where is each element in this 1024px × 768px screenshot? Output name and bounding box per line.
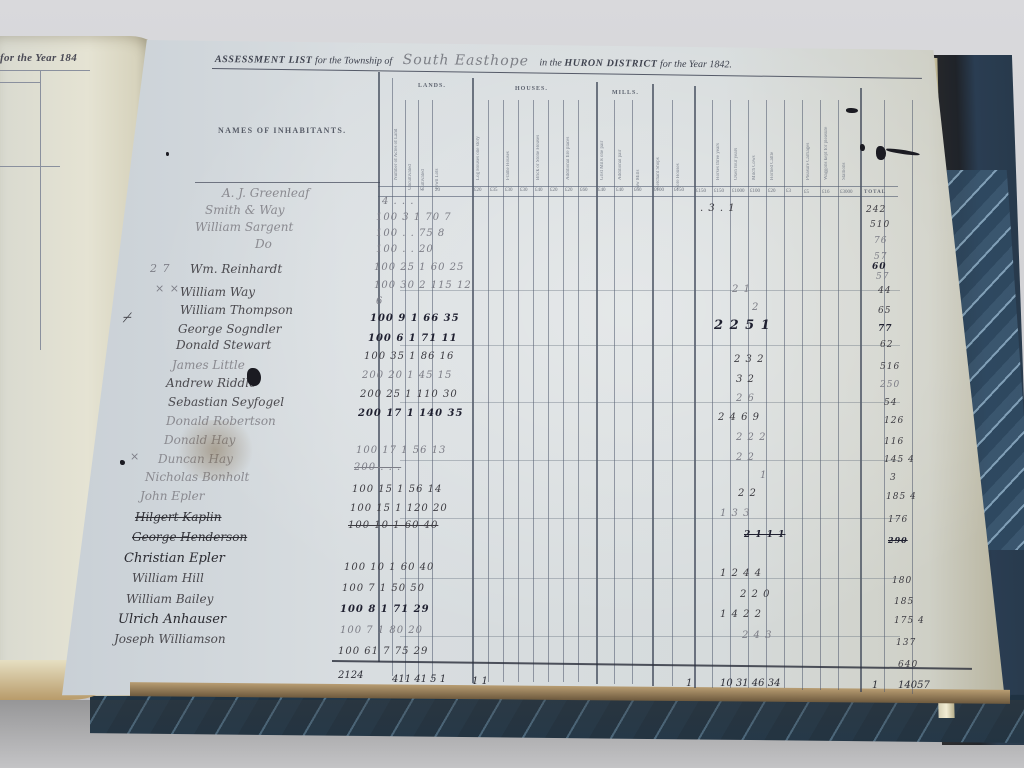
ink-blot (166, 152, 169, 156)
rate-cell: £150 (696, 189, 706, 194)
grid-line (652, 84, 654, 686)
grid-line (563, 100, 564, 682)
group-label-mills: MILLS. (612, 90, 639, 96)
assessed-value: 510 (870, 220, 890, 230)
township-name-handwritten: South Easthope (403, 52, 529, 69)
land-entry: 100 9 1 66 35 (370, 313, 460, 324)
column-heading: Uncultivated (408, 110, 413, 190)
rate-cell: £20 (550, 188, 558, 193)
land-entry: 200 17 1 140 35 (358, 408, 463, 419)
rate-cell: £35 (490, 188, 498, 193)
stock-entry: 3 2 (736, 374, 755, 385)
ink-blot (120, 460, 125, 465)
title-in-the: in the (539, 57, 562, 68)
left-page-rule (0, 166, 60, 167)
title-year: for the Year 1842. (660, 59, 732, 71)
rate-cell: £60 (580, 188, 588, 193)
inhabitant-name-struck: George Henderson (132, 530, 247, 544)
assessed-value: 57 (874, 252, 887, 262)
ink-blot (846, 108, 858, 113)
row-rule (400, 636, 900, 637)
rate-cell: £100 (750, 189, 760, 194)
grid-line (860, 88, 862, 692)
total-stock: 10 31 46 34 (720, 678, 780, 689)
stock-entry: 2 4 3 (742, 630, 772, 641)
grid-line (884, 100, 885, 692)
column-heading: Oxen four years (734, 100, 739, 180)
land-entry: 100 3 1 70 7 (376, 212, 452, 223)
rate-cell: £30 (505, 188, 513, 193)
grid-line (672, 100, 673, 686)
stock-entry: 2 (752, 302, 759, 313)
assessed-value: 640 (898, 660, 918, 670)
total-land: 2124 (338, 670, 363, 681)
column-heading: Store Houses (676, 110, 681, 190)
inhabitant-name-struck: Hilgert Kaplin (135, 510, 222, 524)
rate-cell: £5 (804, 190, 809, 195)
rate-cell: £150 (714, 189, 724, 194)
grid-line (596, 82, 598, 684)
stock-entry: 2 2 (738, 488, 757, 499)
inhabitant-name: A. J. Greenleaf (222, 186, 310, 200)
rate-cell: £40 (535, 188, 543, 193)
grid-line (802, 100, 803, 690)
column-heading: Cultivated (421, 110, 426, 190)
ledger-photo: for the Year 184 ASSESSMENT LIST for the… (0, 0, 1024, 768)
grid-line (518, 100, 519, 682)
land-entry-struck: 200 . . . (354, 462, 401, 473)
row-rule (400, 460, 900, 461)
names-header-rule (195, 182, 380, 183)
row-rule (400, 402, 900, 403)
grid-line (503, 100, 504, 682)
grid-line (838, 100, 839, 690)
rate-cell: £150 (674, 188, 684, 193)
assessed-value: 185 4 (886, 492, 917, 502)
column-heading: Saw Mills (636, 110, 641, 190)
row-rule (400, 518, 900, 519)
rate-cell: £20 (768, 189, 776, 194)
group-label-houses: HOUSES. (515, 86, 548, 92)
inhabitant-name: Joseph Williamson (114, 632, 226, 646)
land-entry: 100 10 1 60 40 (344, 562, 434, 573)
inhabitant-name: Christian Epler (124, 551, 225, 566)
total-stock-1: 1 (686, 678, 692, 689)
row-rule (400, 578, 900, 579)
grid-line (694, 86, 696, 688)
grid-line (488, 100, 489, 682)
land-entry: 100 8 1 71 29 (340, 604, 430, 615)
inhabitant-name: William Thompson (180, 303, 293, 317)
rate-cell: £16 (822, 190, 830, 195)
assessed-value: 175 4 (894, 616, 925, 626)
assessed-value: 516 (880, 362, 900, 372)
assessed-value: 57 (876, 272, 889, 282)
rate-cell: £1000 (732, 189, 745, 194)
inhabitant-name: William Hill (132, 571, 204, 585)
grid-line (784, 100, 785, 688)
land-entry: 100 17 1 56 13 (356, 445, 446, 456)
assessed-value: 176 (888, 515, 908, 525)
column-heading: Brick or Stone Houses (536, 100, 541, 180)
land-entry: 100 35 1 86 16 (364, 351, 454, 362)
margin-mark: × × (155, 282, 180, 295)
grid-line (632, 100, 633, 684)
assessed-value: 116 (884, 437, 904, 447)
land-entry: 100 . . 20 (376, 244, 434, 255)
row-rule (400, 290, 900, 291)
column-heading-total: TOTAL (864, 190, 886, 195)
land-entry: 200 20 1 45 15 (362, 370, 452, 381)
total-houses: 1 1 (472, 676, 488, 687)
inhabitant-name: Ulrich Anhauser (118, 612, 226, 627)
stock-entry: 1 (760, 470, 767, 481)
rate-cell: £40 (616, 188, 624, 193)
column-heading: Log Houses one story (476, 100, 481, 180)
land-entry: 100 15 1 120 20 (350, 503, 448, 514)
inhabitant-name: William Sargent (195, 220, 293, 234)
rate-row-rule (378, 196, 898, 197)
assessed-value: 242 (866, 205, 886, 215)
assessed-value: 76 (874, 236, 887, 246)
left-page-rule (0, 82, 40, 83)
assessed-value: 126 (884, 416, 904, 426)
group-label-lands: LANDS. (418, 83, 446, 89)
grid-line (730, 100, 731, 688)
inhabitant-name: Smith & Way (205, 203, 285, 217)
column-heading: Merchant Shops (656, 110, 661, 190)
stock-entry: 2 1 (732, 284, 751, 295)
rate-cell: £50 (634, 188, 642, 193)
land-entry: 100 15 1 56 14 (352, 484, 442, 495)
rate-cell: £3 (786, 189, 791, 194)
stock-entry: 2 2 0 (740, 589, 770, 600)
rate-cell: £20 (474, 188, 482, 193)
land-entry: 100 6 1 71 11 (368, 333, 458, 344)
margin-mark: × (130, 450, 140, 463)
rate-cell: £20 (565, 188, 573, 193)
stock-entry: . 3 . 1 (700, 203, 736, 214)
district-name: HURON DISTRICT (564, 58, 657, 70)
stock-entry: 2 3 2 (734, 354, 764, 365)
grid-line (712, 100, 713, 688)
assessed-value: 250 (880, 380, 900, 390)
rate-cell: £40 (598, 188, 606, 193)
land-entry: 100 7 1 80 20 (340, 625, 423, 636)
column-heading: Milch Cows (752, 100, 757, 180)
land-entry: 100 25 1 60 25 (374, 262, 464, 273)
ink-blot (876, 146, 886, 160)
land-entry-struck: 100 10 1 60 40 (348, 520, 438, 531)
inhabitant-name: Do (255, 237, 272, 251)
inhabitant-name: Donald Stewart (176, 338, 271, 352)
land-entry: 6 (376, 296, 383, 307)
inhabitant-name: Sebastian Seyfogel (168, 395, 284, 409)
title-prefix: ASSESSMENT LIST (215, 54, 313, 66)
grid-line (548, 100, 549, 682)
land-entry: 4 . . . (382, 196, 414, 207)
left-page-rule (0, 70, 90, 71)
grid-line (614, 100, 615, 684)
left-page-header: for the Year 184 (0, 52, 77, 64)
inhabitant-name: James Little (172, 358, 245, 372)
assessed-value: 137 (896, 638, 916, 648)
ink-blot (860, 144, 865, 151)
grand-total: 14057 (898, 680, 930, 691)
land-entry: 100 7 1 50 50 (342, 583, 425, 594)
column-heading: Grist Mills one pair (600, 100, 605, 180)
total-land-columns: 411 41 5 1 (392, 674, 446, 685)
grid-line (578, 100, 579, 682)
margin-mark: ⌿ (122, 310, 131, 326)
stock-entry: 2 2 (736, 452, 755, 463)
row-rule (400, 345, 900, 346)
column-heading: Horned Cattle (770, 100, 775, 180)
rate-cell: 20 (435, 188, 440, 193)
column-heading: Horses three years (716, 100, 721, 180)
ink-blot (247, 368, 261, 386)
column-heading: Additional pair (618, 100, 623, 180)
rate-cell: £30 (520, 188, 528, 193)
stock-entry: 1 3 3 (720, 508, 750, 519)
assessed-value: 290 (888, 535, 908, 545)
table-shadow (0, 700, 1024, 768)
grid-line (533, 100, 534, 682)
stock-entry: 2 2 5 1 (714, 318, 771, 333)
assessed-value: 3 (890, 473, 897, 483)
assessed-value: 60 (872, 262, 887, 272)
column-heading: Town Lots (435, 110, 440, 190)
title-township-label: for the Township of (315, 55, 392, 67)
land-entry: 100 . . 75 8 (376, 228, 445, 239)
rate-cell: £100 (654, 188, 664, 193)
grid-line (472, 78, 474, 683)
margin-mark: 2 7 (150, 262, 171, 275)
water-stain (170, 420, 260, 480)
column-heading: Waggons kept for pleasure (824, 100, 829, 180)
assessed-value: 180 (892, 576, 912, 586)
stock-entry-struck: 2 1 1 1 (744, 530, 785, 540)
assessed-value: 54 (884, 398, 897, 408)
inhabitant-name: Wm. Reinhardt (190, 262, 282, 276)
stock-entry: 2 4 6 9 (718, 412, 760, 423)
inhabitant-name: Andrew Riddle (166, 376, 256, 390)
land-entry: 100 30 2 115 12 (374, 280, 472, 291)
land-entry: 100 61 7 75 29 (338, 646, 428, 657)
inhabitant-name: William Way (180, 285, 255, 299)
inhabitant-name: George Sogndler (178, 322, 281, 336)
rate-cell: ½ (420, 188, 424, 193)
column-heading: Pleasure Carriages (806, 100, 811, 180)
assessed-value: 44 (878, 286, 891, 296)
column-heading: Number of Acres of Land (394, 100, 399, 180)
grid-line (378, 72, 380, 662)
assessed-value: 185 (894, 597, 914, 607)
rate-cell: £3000 (840, 190, 853, 195)
assessed-value: 62 (880, 340, 893, 350)
stock-entry: 1 2 4 4 (720, 568, 762, 579)
inhabitant-name: John Epler (140, 489, 204, 503)
total-misc: 1 (872, 680, 878, 691)
assessed-value: 145 4 (884, 455, 915, 465)
column-heading: Additional fire places (566, 100, 571, 180)
assessed-value: 77 (878, 324, 893, 334)
left-page-rule (40, 70, 41, 350)
stock-entry: 1 4 2 2 (720, 609, 762, 620)
stock-entry: 2 6 (736, 393, 755, 404)
land-entry: 200 25 1 110 30 (360, 389, 458, 400)
assessed-value: 65 (878, 306, 891, 316)
inhabitant-name: William Bailey (126, 592, 213, 606)
names-column-heading: NAMES OF INHABITANTS. (218, 126, 346, 135)
grid-line (820, 100, 821, 690)
stock-entry: 2 2 2 (736, 432, 766, 443)
column-heading: Frame Houses (506, 100, 511, 180)
